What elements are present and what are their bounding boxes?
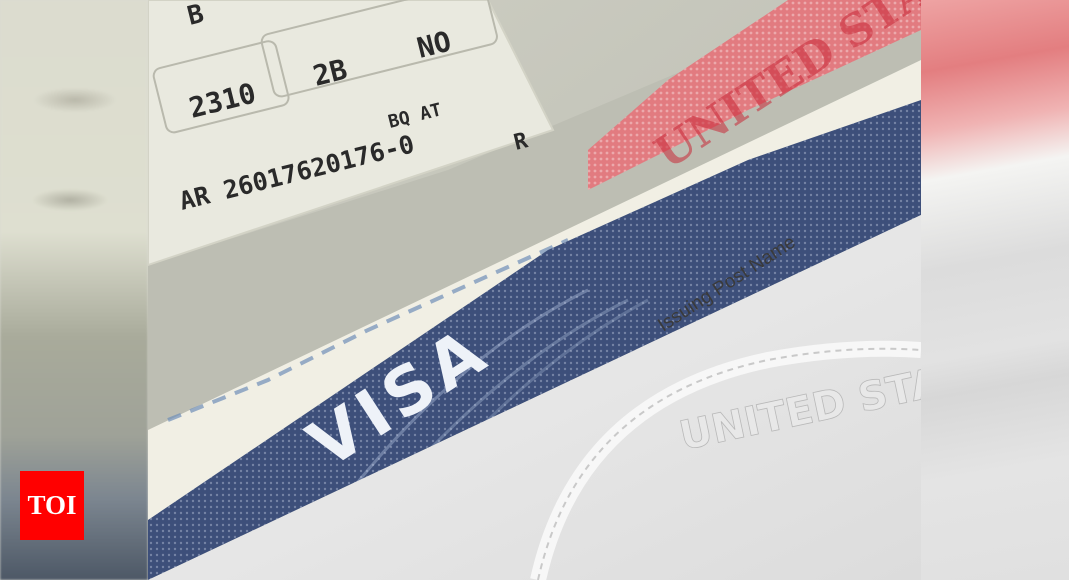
blurred-background-right [921, 0, 1069, 580]
visa-photo: UNITED STATES OF AMERICA UNITED STATES B… [148, 0, 921, 580]
toi-logo-text: TOI [27, 490, 76, 521]
toi-logo-badge: TOI [20, 471, 84, 540]
